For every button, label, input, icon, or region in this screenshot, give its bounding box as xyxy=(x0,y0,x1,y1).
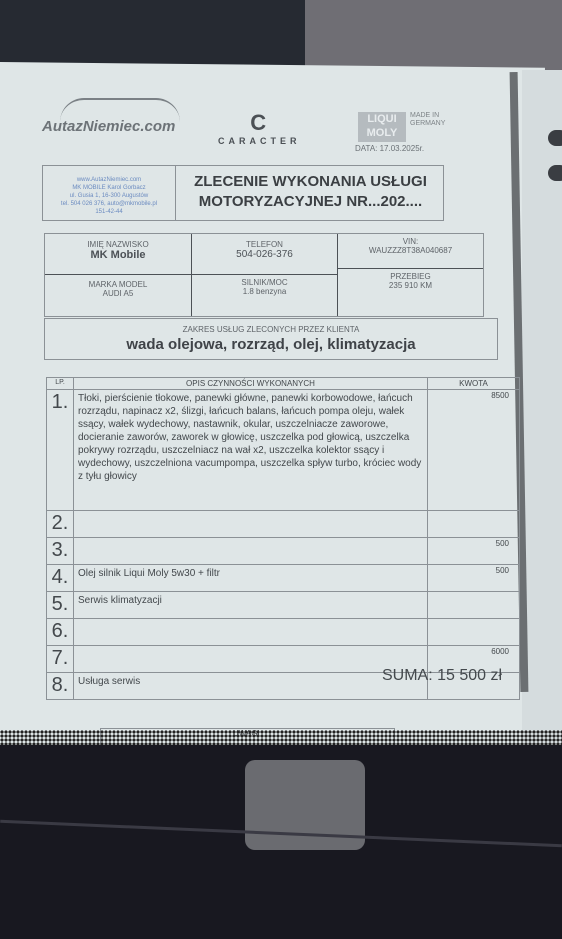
lp-header: LP. xyxy=(47,378,74,390)
model-cell: MARKA MODEL AUDI A5 xyxy=(45,275,192,316)
desc-header: OPIS CZYNNOŚCI WYKONANYCH xyxy=(74,378,428,390)
stamp-address: ul. Gusia 1, 16-300 Augustów xyxy=(43,192,175,200)
phone-label: TELEFON xyxy=(192,240,337,249)
row-amount xyxy=(428,592,520,619)
row-description xyxy=(74,619,428,646)
model: AUDI A5 xyxy=(45,289,191,298)
row-number: 4. xyxy=(47,565,74,592)
row-amount: 500 xyxy=(428,538,520,565)
engine-label: SILNIK/MOC xyxy=(192,278,337,287)
row-description xyxy=(74,538,428,565)
row-number: 1. xyxy=(47,390,74,511)
title-line-1: ZLECENIE WYKONANIA USŁUGI xyxy=(183,172,438,192)
mileage: 235 910 KM xyxy=(338,281,483,290)
row-amount xyxy=(428,619,520,646)
row-number: 7. xyxy=(47,646,74,673)
table-row: 1. Tłoki, pierścienie tłokowe, panewki g… xyxy=(47,390,520,511)
client-info-table: IMIĘ NAZWISKO MK Mobile TELEFON 504-026-… xyxy=(44,233,484,317)
scope-label: ZAKRES USŁUG ZLECONYCH PRZEZ KLIENTA xyxy=(45,325,497,334)
date-label: DATA: xyxy=(355,144,377,153)
made-in-germany: MADE IN GERMANY xyxy=(410,112,450,128)
row-description: Olej silnik Liqui Moly 5w30 + filtr xyxy=(74,565,428,592)
table-row: 3. 500 xyxy=(47,538,520,565)
row-number: 8. xyxy=(47,673,74,700)
row-number: 2. xyxy=(47,511,74,538)
row-number: 6. xyxy=(47,619,74,646)
amount-header: KWOTA xyxy=(428,378,520,390)
engine-cell: SILNIK/MOC 1.8 benzyna xyxy=(192,275,338,316)
total-sum: SUMA: 15 500 zł xyxy=(382,667,502,685)
row-description xyxy=(74,646,428,673)
operations-header: LP. OPIS CZYNNOŚCI WYKONANYCH KWOTA xyxy=(47,378,520,390)
row-amount xyxy=(428,511,520,538)
row-number: 5. xyxy=(47,592,74,619)
client-name-cell: IMIĘ NAZWISKO MK Mobile xyxy=(45,234,192,275)
vin-cell: VIN: WAUZZZ8T38A040687 xyxy=(338,234,483,269)
service-scope-box: ZAKRES USŁUG ZLECONYCH PRZEZ KLIENTA wad… xyxy=(44,318,498,360)
row-description xyxy=(74,511,428,538)
phone: 504-026-376 xyxy=(192,249,337,260)
header-box: www.AutazNiemiec.com MK MOBILE Karol Gor… xyxy=(42,165,444,221)
row-description: Serwis klimatyzacji xyxy=(74,592,428,619)
vin-label: VIN: xyxy=(338,237,483,246)
date-value: 17.03.2025r. xyxy=(380,144,424,153)
client-name-label: IMIĘ NAZWISKO xyxy=(45,240,191,249)
row-description: Tłoki, pierścienie tłokowe, panewki głów… xyxy=(74,390,428,511)
mileage-label: PRZEBIEG xyxy=(338,272,483,281)
client-name: MK Mobile xyxy=(45,249,191,261)
stamp-contact: tel. 504 026 376, auto@mkmobile.pl xyxy=(43,200,175,208)
row-amount: 500 xyxy=(428,565,520,592)
phone-cell: TELEFON 504-026-376 xyxy=(192,234,338,275)
table-row: 6. xyxy=(47,619,520,646)
table-row: 5. Serwis klimatyzacji xyxy=(47,592,520,619)
stamp-extra: 151-42-44 xyxy=(43,208,175,216)
caracter-mark: C xyxy=(218,110,301,136)
stamp-site: www.AutazNiemiec.com xyxy=(43,176,175,184)
binder-hole xyxy=(548,165,562,181)
liqui-moly-logo: LIQUI MOLY xyxy=(358,112,406,142)
caracter-logo: C CARACTER xyxy=(218,110,301,146)
document-title: ZLECENIE WYKONANIA USŁUGI MOTORYZACYJNEJ… xyxy=(183,172,438,212)
row-description: Usługa serwis xyxy=(74,673,428,700)
table-row: 4. Olej silnik Liqui Moly 5w30 + filtr 5… xyxy=(47,565,520,592)
binder-hole xyxy=(548,130,562,146)
title-line-2: MOTORYZACYJNEJ NR...202.... xyxy=(183,192,438,212)
mileage-cell: PRZEBIEG 235 910 KM xyxy=(338,269,483,309)
model-label: MARKA MODEL xyxy=(45,280,191,289)
date: DATA: 17.03.2025r. xyxy=(355,144,424,153)
operations-table: LP. OPIS CZYNNOŚCI WYKONANYCH KWOTA 1. T… xyxy=(46,377,520,700)
row-number: 3. xyxy=(47,538,74,565)
caracter-text: CARACTER xyxy=(218,136,301,146)
table-row: 2. xyxy=(47,511,520,538)
stamp-company: MK MOBILE Karol Gorbacz xyxy=(43,184,175,192)
scope-value: wada olejowa, rozrząd, olej, klimatyzacj… xyxy=(45,336,497,353)
company-stamp: www.AutazNiemiec.com MK MOBILE Karol Gor… xyxy=(43,166,176,220)
vin: WAUZZZ8T38A040687 xyxy=(338,246,483,255)
row-amount: 8500 xyxy=(428,390,520,511)
engine: 1.8 benzyna xyxy=(192,287,337,296)
autazniemiec-logo: AutazNiemiec.com xyxy=(42,118,175,135)
